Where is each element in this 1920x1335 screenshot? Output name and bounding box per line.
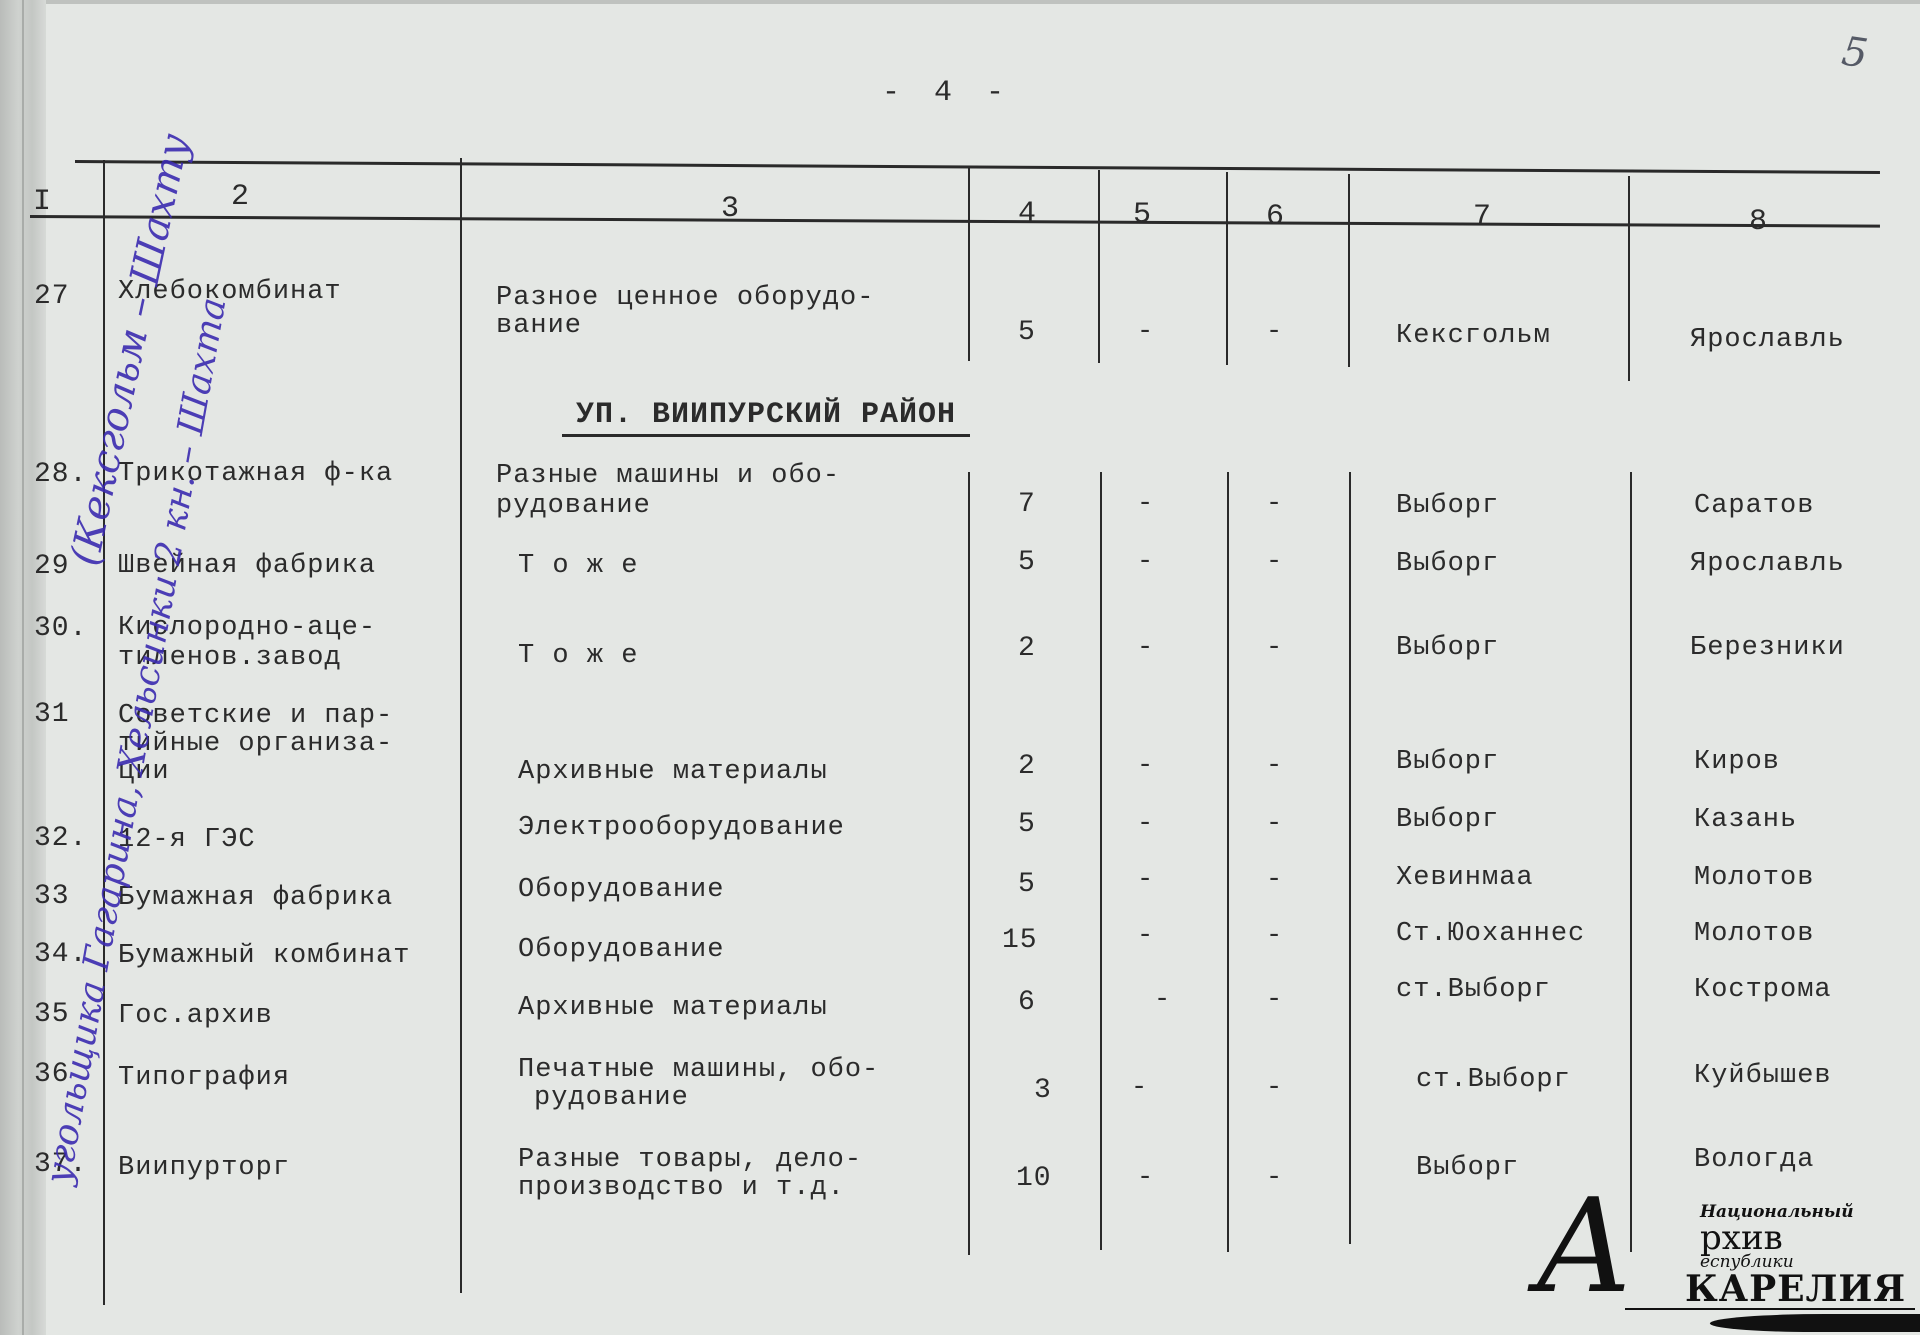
column-divider-2 xyxy=(460,158,462,1293)
col5-value: - xyxy=(1137,634,1154,663)
quantity: 3 xyxy=(1034,1076,1052,1105)
col6-value: - xyxy=(1266,986,1283,1015)
destination: Ярославль xyxy=(1690,326,1845,355)
contents-cont: рудование xyxy=(534,1084,689,1113)
contents: Оборудование xyxy=(518,876,724,905)
quantity: 5 xyxy=(1018,870,1036,899)
destination: Казань xyxy=(1694,806,1797,835)
origin: Выборг xyxy=(1396,748,1499,777)
destination: Молотов xyxy=(1694,864,1814,893)
organization: Типография xyxy=(118,1064,290,1093)
logo-monogram: А xyxy=(1535,1170,1633,1322)
quantity: 5 xyxy=(1018,318,1036,347)
column-header-1: I xyxy=(2,185,82,219)
col6-value: - xyxy=(1266,318,1283,347)
quill-icon xyxy=(1705,1314,1920,1332)
column-divider-4b xyxy=(1100,472,1102,1250)
origin: Выборг xyxy=(1416,1154,1519,1183)
column-header-5: 5 xyxy=(1102,198,1182,232)
column-divider-4 xyxy=(1098,170,1100,363)
column-divider-5b xyxy=(1227,472,1229,1252)
destination: Саратов xyxy=(1694,492,1814,521)
origin: ст.Выборг xyxy=(1416,1066,1571,1095)
contents-cont: вание xyxy=(496,312,582,341)
col5-value: - xyxy=(1131,1074,1148,1103)
row-number: 27 xyxy=(34,282,70,311)
origin: Выборг xyxy=(1396,492,1499,521)
quantity: 6 xyxy=(1018,988,1036,1017)
column-divider-7 xyxy=(1628,176,1630,381)
section-title: УП. ВИИПУРСКИЙ РАЙОН xyxy=(562,398,970,437)
contents-cont: производство и т.д. xyxy=(518,1174,845,1203)
contents: Разные машины и обо- xyxy=(496,462,840,491)
row-number: 32. xyxy=(34,824,87,853)
column-divider-5 xyxy=(1226,172,1228,365)
column-header-3: 3 xyxy=(690,192,770,226)
col5-value: - xyxy=(1137,1164,1154,1193)
col5-value: - xyxy=(1137,922,1154,951)
quantity: 2 xyxy=(1018,752,1036,781)
row-number: 31 xyxy=(34,700,70,729)
destination: Кострома xyxy=(1694,976,1832,1005)
column-divider-1 xyxy=(103,160,105,1305)
destination: Березники xyxy=(1690,634,1845,663)
column-divider-3b xyxy=(968,472,970,1255)
archive-watermark-logo: А Национальный рхив еспублики КАРЕЛИЯ xyxy=(1535,1190,1915,1330)
contents-cont: рудование xyxy=(496,492,651,521)
page-number: - 4 - xyxy=(882,76,1012,110)
row-number: 33 xyxy=(34,882,70,911)
column-header-8: 8 xyxy=(1718,205,1798,239)
contents: Т о ж е xyxy=(518,642,638,671)
col6-value: - xyxy=(1266,490,1283,519)
col5-value: - xyxy=(1137,548,1154,577)
origin: Кексгольм xyxy=(1396,322,1551,351)
logo-rule xyxy=(1625,1308,1915,1310)
origin: Хевинмаа xyxy=(1396,864,1534,893)
row-number: 30. xyxy=(34,614,87,643)
col6-value: - xyxy=(1266,548,1283,577)
logo-line-karelia: КАРЕЛИЯ xyxy=(1685,1268,1906,1310)
column-divider-6 xyxy=(1348,174,1350,367)
col5-value: - xyxy=(1137,752,1154,781)
contents: Разные товары, дело- xyxy=(518,1146,862,1175)
quantity: 15 xyxy=(1002,926,1038,955)
column-divider-3 xyxy=(968,168,970,361)
col6-value: - xyxy=(1266,1164,1283,1193)
organization: Гос.архив xyxy=(118,1002,273,1031)
organization: Виипурторг xyxy=(118,1154,290,1183)
col5-value: - xyxy=(1137,810,1154,839)
column-divider-7b xyxy=(1630,472,1632,1252)
organization: Бумажный комбинат xyxy=(118,942,410,971)
col6-value: - xyxy=(1266,922,1283,951)
column-divider-6b xyxy=(1349,472,1351,1244)
organization: Бумажная фабрика xyxy=(118,884,393,913)
col6-value: - xyxy=(1266,866,1283,895)
column-header-2: 2 xyxy=(200,180,280,214)
col6-value: - xyxy=(1266,634,1283,663)
contents: Архивные материалы xyxy=(518,758,828,787)
quantity: 2 xyxy=(1018,634,1036,663)
column-header-7: 7 xyxy=(1442,200,1522,234)
destination: Вологда xyxy=(1694,1146,1814,1175)
col5-value: - xyxy=(1137,490,1154,519)
contents: Т о ж е xyxy=(518,552,638,581)
origin: Выборг xyxy=(1396,550,1499,579)
quantity: 10 xyxy=(1016,1164,1052,1193)
quantity: 5 xyxy=(1018,548,1036,577)
contents: Оборудование xyxy=(518,936,724,965)
destination: Куйбышев xyxy=(1694,1062,1832,1091)
col5-value: - xyxy=(1137,866,1154,895)
quantity: 5 xyxy=(1018,810,1036,839)
col6-value: - xyxy=(1266,752,1283,781)
origin: ст.Выборг xyxy=(1396,976,1551,1005)
contents: Электрооборудование xyxy=(518,814,845,843)
origin: Ст.Юоханнес xyxy=(1396,920,1585,949)
organization-cont: тийные организа- xyxy=(118,730,393,759)
organization: Трикотажная ф-ка xyxy=(118,460,393,489)
col6-value: - xyxy=(1266,1074,1283,1103)
contents: Разное ценное оборудо- xyxy=(496,284,874,313)
col5-value: - xyxy=(1154,986,1171,1015)
col6-value: - xyxy=(1266,810,1283,839)
destination: Ярославль xyxy=(1690,550,1845,579)
origin: Выборг xyxy=(1396,806,1499,835)
column-header-4: 4 xyxy=(987,197,1067,231)
quantity: 7 xyxy=(1018,490,1036,519)
destination: Молотов xyxy=(1694,920,1814,949)
origin: Выборг xyxy=(1396,634,1499,663)
contents: Архивные материалы xyxy=(518,994,828,1023)
column-header-6: 6 xyxy=(1235,200,1315,234)
col5-value: - xyxy=(1137,318,1154,347)
destination: Киров xyxy=(1694,748,1780,777)
contents: Печатные машины, обо- xyxy=(518,1056,879,1085)
